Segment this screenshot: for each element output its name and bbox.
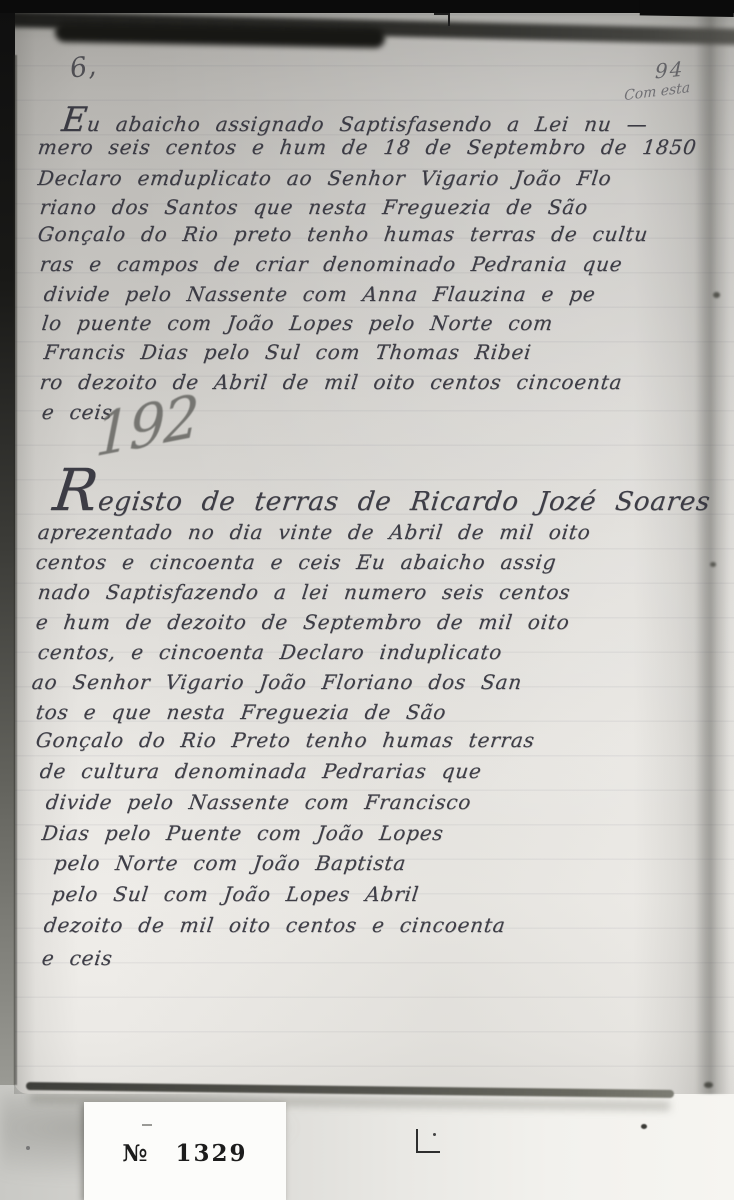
- scan-top-edge: [0, 0, 734, 13]
- scanned-manuscript-page: 6, 94 Com esta Eu abaicho assignado Sapt…: [0, 0, 734, 1200]
- entry1-line: riano dos Santos que nesta Freguezia de …: [39, 195, 590, 219]
- crop-mark-icon: [434, 13, 450, 26]
- paper-page: 6, 94 Com esta Eu abaicho assignado Sapt…: [14, 8, 734, 1094]
- entry2-line: Gonçalo do Rio Preto tenho humas terras: [35, 728, 537, 752]
- entry1-line: Declaro emduplicato ao Senhor Vigario Jo…: [37, 166, 614, 190]
- entry1-line: ro dezoito de Abril de mil oito centos c…: [39, 370, 624, 394]
- entry1-line: Eu abaicho assignado Saptisfasendo a Lei…: [60, 100, 651, 140]
- ink-spot: [710, 562, 716, 567]
- entry2-line: de cultura denominada Pedrarias que: [39, 759, 484, 783]
- entry1-line: Gonçalo do Rio preto tenho humas terras …: [37, 222, 650, 246]
- entry2-line: centos, e cincoenta Declaro induplicato: [37, 640, 504, 664]
- entry2-line: Dias pelo Puente com João Lopes: [41, 821, 446, 845]
- ink-spot: [704, 1082, 713, 1088]
- entry2-line: dezoito de mil oito centos e cincoenta: [43, 913, 508, 937]
- entry1-line: divide pelo Nassente com Anna Flauzina e…: [43, 282, 598, 306]
- entry1-line: mero seis centos e hum de 18 de Septembr…: [37, 135, 699, 159]
- entry2-line: pelo Norte com João Baptista: [53, 851, 408, 875]
- entry2-line: e ceis: [41, 946, 115, 970]
- folio-number: 94: [655, 57, 685, 84]
- corner-mark: 6,: [68, 50, 98, 84]
- entry2-line: aprezentado no dia vinte de Abril de mil…: [37, 520, 593, 544]
- page-fold-crease: [695, 8, 729, 1094]
- archive-number: 1329: [175, 1140, 247, 1167]
- entry2-line: tos e que nesta Freguezia de São: [35, 700, 448, 724]
- entry1-line: Francis Dias pelo Sul com Thomas Ribei: [43, 340, 533, 364]
- binding-edge: [0, 10, 15, 1085]
- entry1-line: ras e campos de criar denominado Pedrani…: [39, 252, 624, 276]
- entry2-line: centos e cincoenta e ceis Eu abaicho ass…: [35, 550, 558, 574]
- page-left-edge-shadow: [14, 55, 17, 1085]
- scan-top-edge-right: [640, 0, 734, 17]
- entry1-line: lo puente com João Lopes pelo Norte com: [41, 311, 555, 335]
- entry2-heading: Registo de terras de Ricardo Jozé Soares: [50, 456, 716, 524]
- entry2-line: e hum de dezoito de Septembro de mil oit…: [35, 610, 572, 634]
- archive-number-label: № 1329: [84, 1102, 286, 1200]
- entry2-line: divide pelo Nassente com Francisco: [45, 790, 473, 814]
- entry2-line: nado Saptisfazendo a lei numero seis cen…: [37, 580, 572, 604]
- ink-spot: [713, 292, 720, 298]
- registration-mark-dot: [433, 1133, 436, 1136]
- numero-sign: №: [122, 1140, 149, 1167]
- label-tick-mark: [142, 1124, 152, 1126]
- entry2-line: ao Senhor Vigario João Floriano dos San: [31, 670, 524, 694]
- speck: [26, 1146, 30, 1150]
- ink-spot: [641, 1124, 647, 1129]
- entry2-line: pelo Sul com João Lopes Abril: [51, 882, 421, 906]
- registration-mark-icon: [416, 1129, 440, 1153]
